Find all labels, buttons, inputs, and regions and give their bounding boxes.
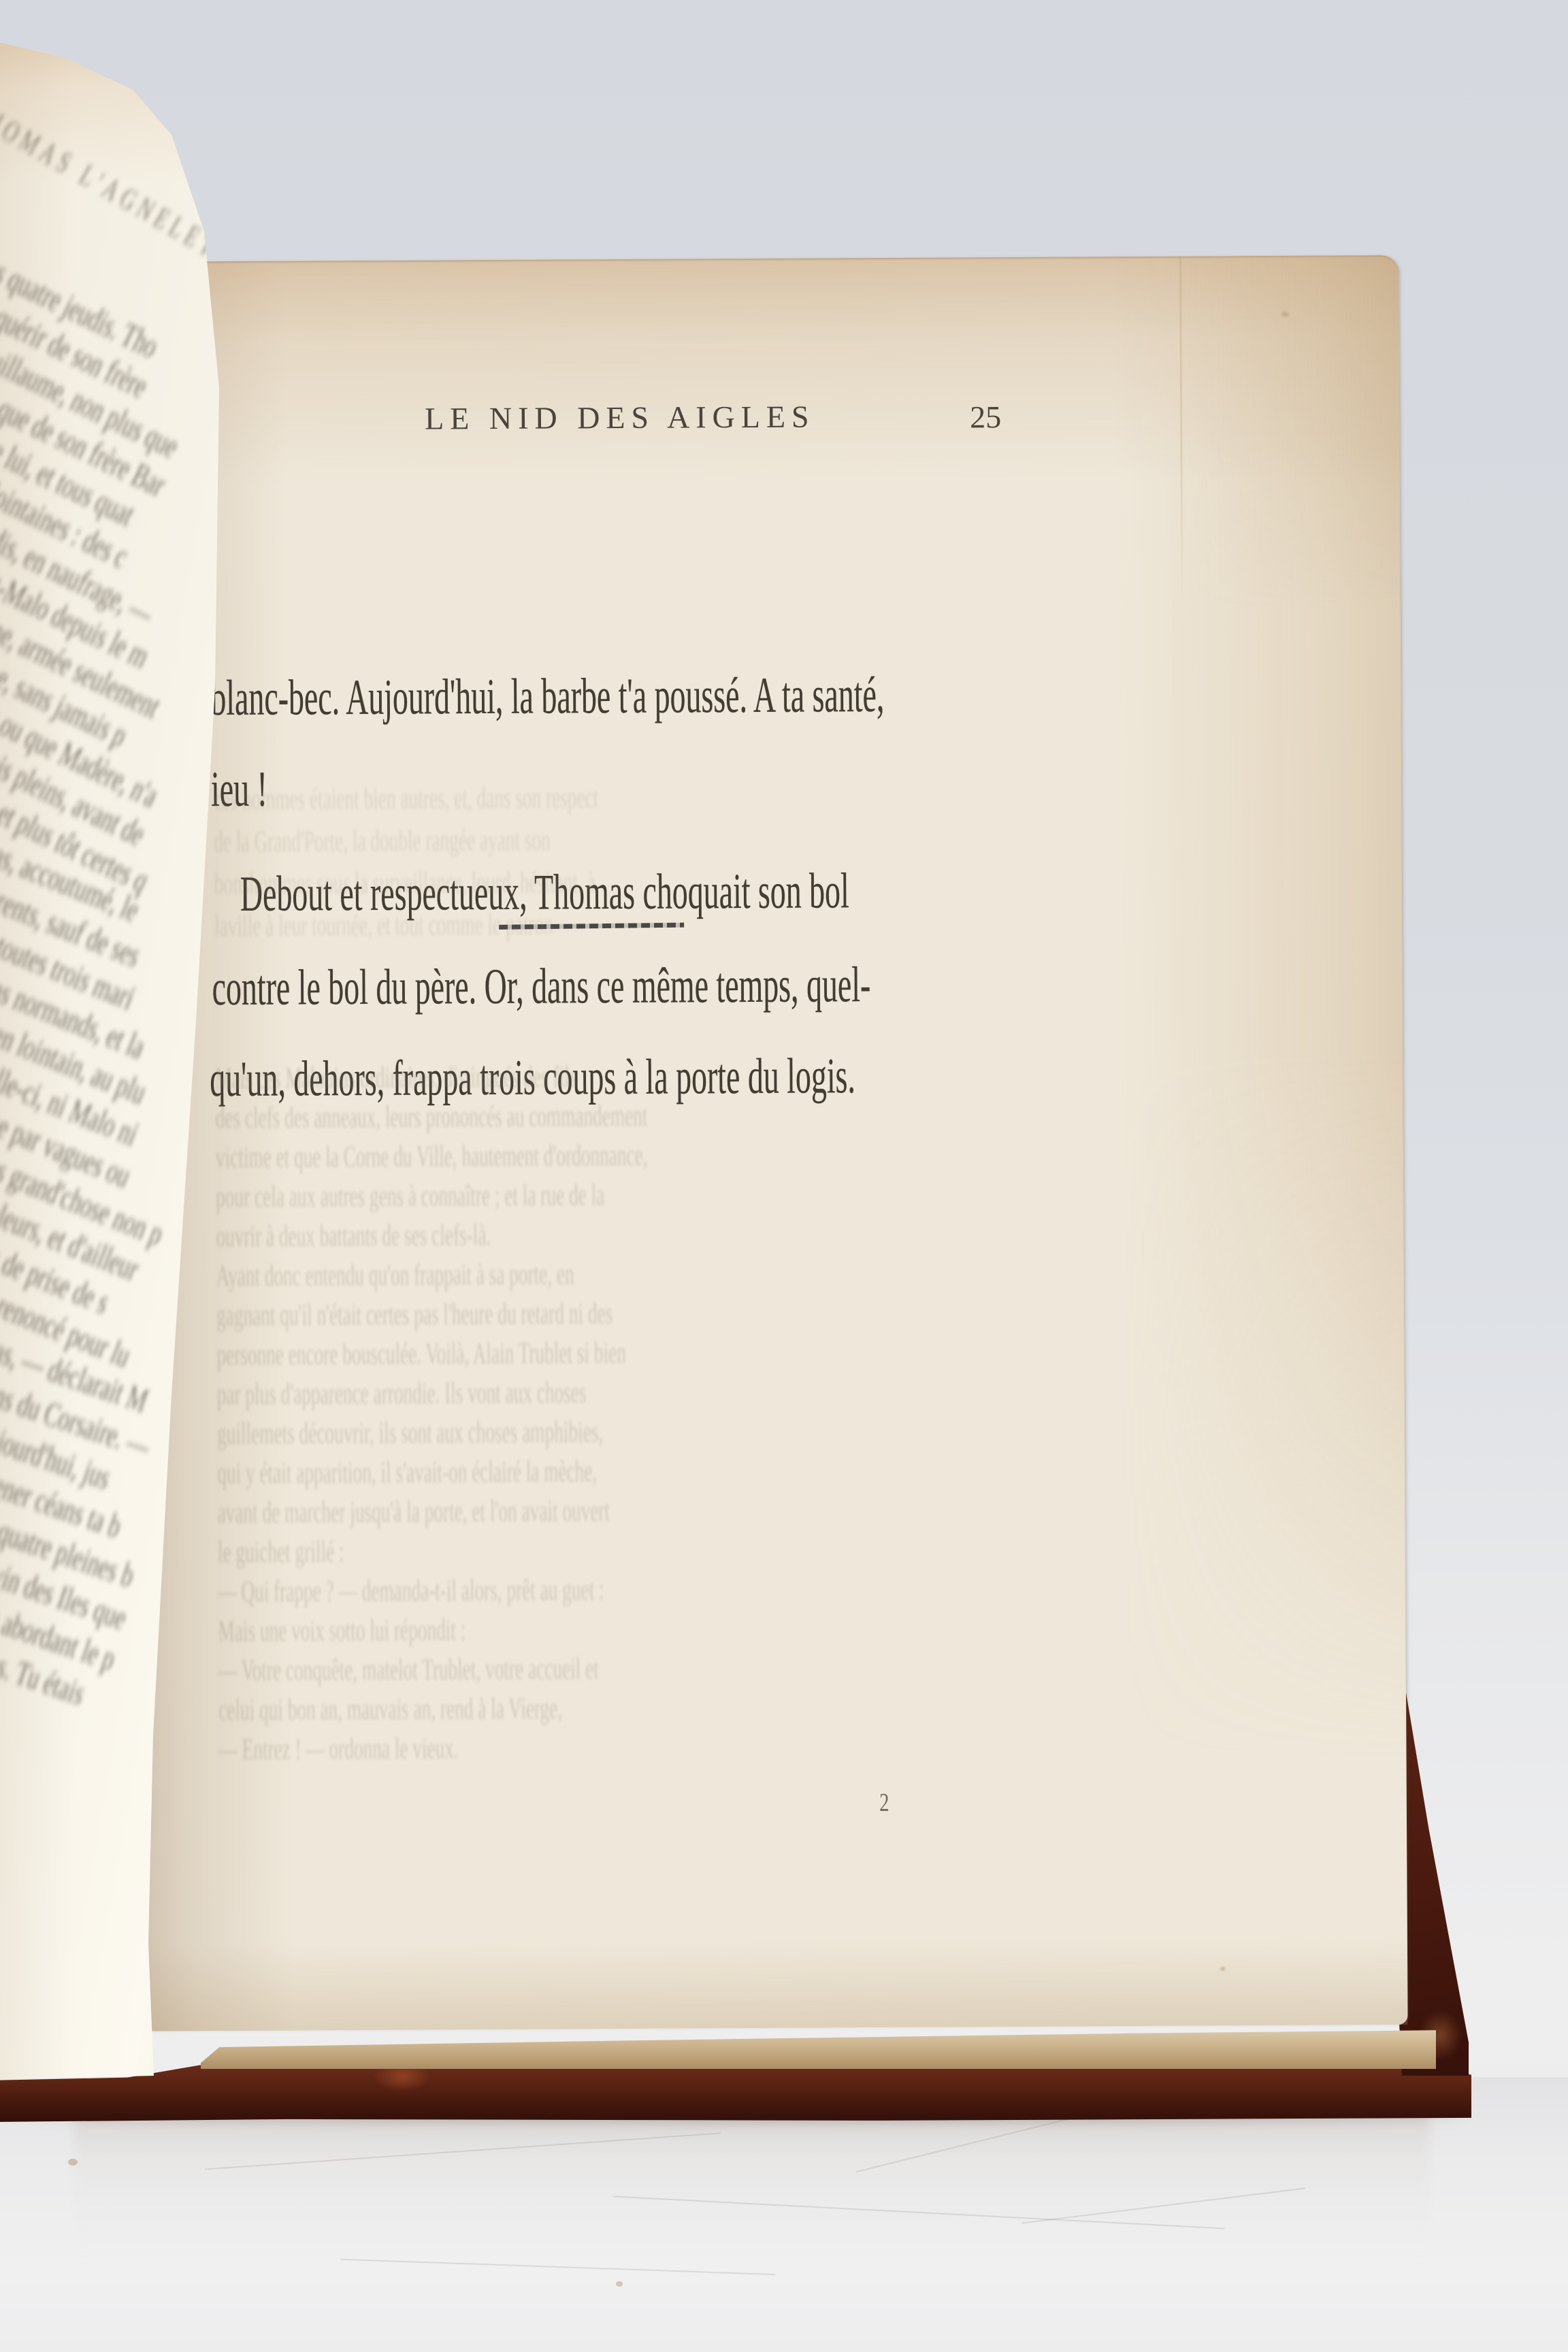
bleedthrough-line: des clefs des anneaux, leurs prononcés a…	[215, 1098, 647, 1135]
running-header: LE NID DES AIGLES	[425, 399, 815, 437]
right-page: LE NID DES AIGLES 25 blanc-bec. Aujourd'…	[102, 255, 1408, 2031]
foxing-spot	[1219, 1965, 1226, 1972]
bleedthrough-text-lower: Mais ces Malouins ordinaires, distingués…	[215, 1057, 1077, 1878]
bleedthrough-line: ces hommes étaient bien autres, et, dans…	[214, 780, 598, 817]
bleedthrough-line: victime et que la Corne du Ville, hautem…	[216, 1138, 648, 1175]
bleedthrough-line: guillemets découvrir, ils sont aux chose…	[217, 1414, 603, 1451]
bleedthrough-line: — Entrez ! — ordonna le vieux.	[218, 1731, 459, 1767]
book-photograph: { "photo": { "right_page": { "header": "…	[0, 0, 1568, 2352]
body-text-line: blanc-bec. Aujourd'hui, la barbe t'a pou…	[210, 666, 884, 728]
bleedthrough-line: Mais une voix sotto lui répondit :	[218, 1612, 465, 1648]
bleedthrough-line: Mais ces Malouins ordinaires, distingués…	[215, 1059, 576, 1096]
bleedthrough-line: avant de marcher jusqu'à la porte, et l'…	[217, 1493, 610, 1530]
bleedthrough-text-upper: ces hommes étaient bien autres, et, dans…	[214, 778, 1073, 987]
dust-speck	[68, 2159, 78, 2166]
bleedthrough-line: pour cela aux autres gens à connaître ; …	[216, 1177, 604, 1214]
bleedthrough-line: bonshommes sous la surveillance, lourd, …	[214, 864, 595, 901]
bleedthrough-line: le guichet grillé :	[218, 1534, 344, 1569]
bleedthrough-line: par plus d'apparence arrondie. Ils vont …	[217, 1375, 587, 1411]
left-running-header-fragment: HOMAS L'AGNELET	[0, 103, 226, 265]
bleedthrough-line: Ayant donc entendu qu'on frappait à sa p…	[216, 1256, 574, 1293]
page-block-bottom-edge	[201, 2029, 1436, 2069]
dust-speck	[616, 2281, 623, 2287]
page-corner-fold	[1179, 255, 1401, 610]
bleedthrough-line: ouvrir à deux battants de ses clefs-là.	[216, 1218, 491, 1254]
bleedthrough-line: — Votre conquête, matelot Trublet, votre…	[218, 1651, 599, 1688]
foxing-spot	[1279, 310, 1290, 318]
bleedthrough-line: — Qui frappe ? — demanda-t-il alors, prê…	[218, 1572, 604, 1609]
bleedthrough-line: de la Grand'Porte, la double rangée ayan…	[214, 823, 551, 860]
bleedthrough-line: qui y était apparition, il s'avait-on éc…	[217, 1454, 597, 1490]
bleedthrough-line: celui qui bon an, mauvais an, rend à la …	[218, 1690, 562, 1727]
page-number: 25	[970, 399, 1001, 435]
bleedthrough-line: gagnant qu'il n'était certes pas l'heure…	[216, 1296, 612, 1333]
bleedthrough-line: laville à leur tournée, et tout comme le…	[214, 907, 553, 944]
bleedthrough-line: personne encore bousculée. Voilà, Alain …	[216, 1335, 626, 1372]
signature-mark: 2	[879, 1788, 889, 1818]
